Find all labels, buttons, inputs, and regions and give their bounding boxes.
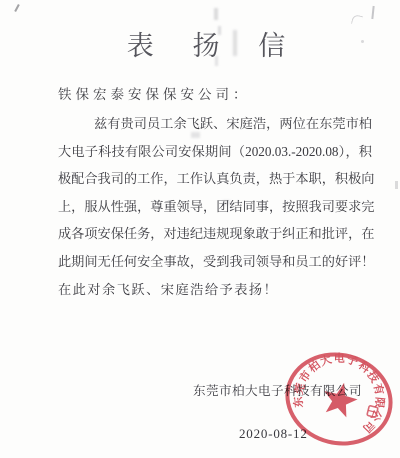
body-line: 兹有贵司员工余飞跃、宋庭浩，两位在东莞市柏 [58,110,372,138]
scan-noise-mark [395,181,398,189]
scan-noise-mark [14,4,20,12]
letter-title: 表 扬 信 [0,24,400,63]
star-icon [319,379,360,419]
scan-noise-mark [371,6,374,19]
body-line: 上，服从性强，尊重领导，团结同事，按照我司要求完 [58,193,372,221]
body-line: 成各项安保任务，对违纪违规现象敢于纠正和批评，在 [58,220,372,248]
salutation: 铁保宏泰安保保安公司： [58,83,251,103]
body-line: 此期间无任何安全事故，受到我司领导和员工的好评！ [58,248,372,276]
letter-body: 兹有贵司员工余飞跃、宋庭浩，两位在东莞市柏大电子科技有限公司安保期间（2020.… [58,110,372,303]
commendation-letter-page: 表 扬 信 铁保宏泰安保保安公司： 兹有贵司员工余飞跃、宋庭浩，两位在东莞市柏大… [0,0,400,458]
body-line: 极配合我司的工作，工作认真负责，热于本职，积极向 [58,165,372,193]
body-line: 在此对余飞跃、宋庭浩给予表扬！ [58,276,372,304]
company-seal-stamp: 东莞市柏大电子科技有限公司 [282,350,396,452]
body-line: 大电子科技有限公司安保期间（2020.03.-2020.08），积 [58,138,372,166]
scan-noise-mark [214,8,218,20]
